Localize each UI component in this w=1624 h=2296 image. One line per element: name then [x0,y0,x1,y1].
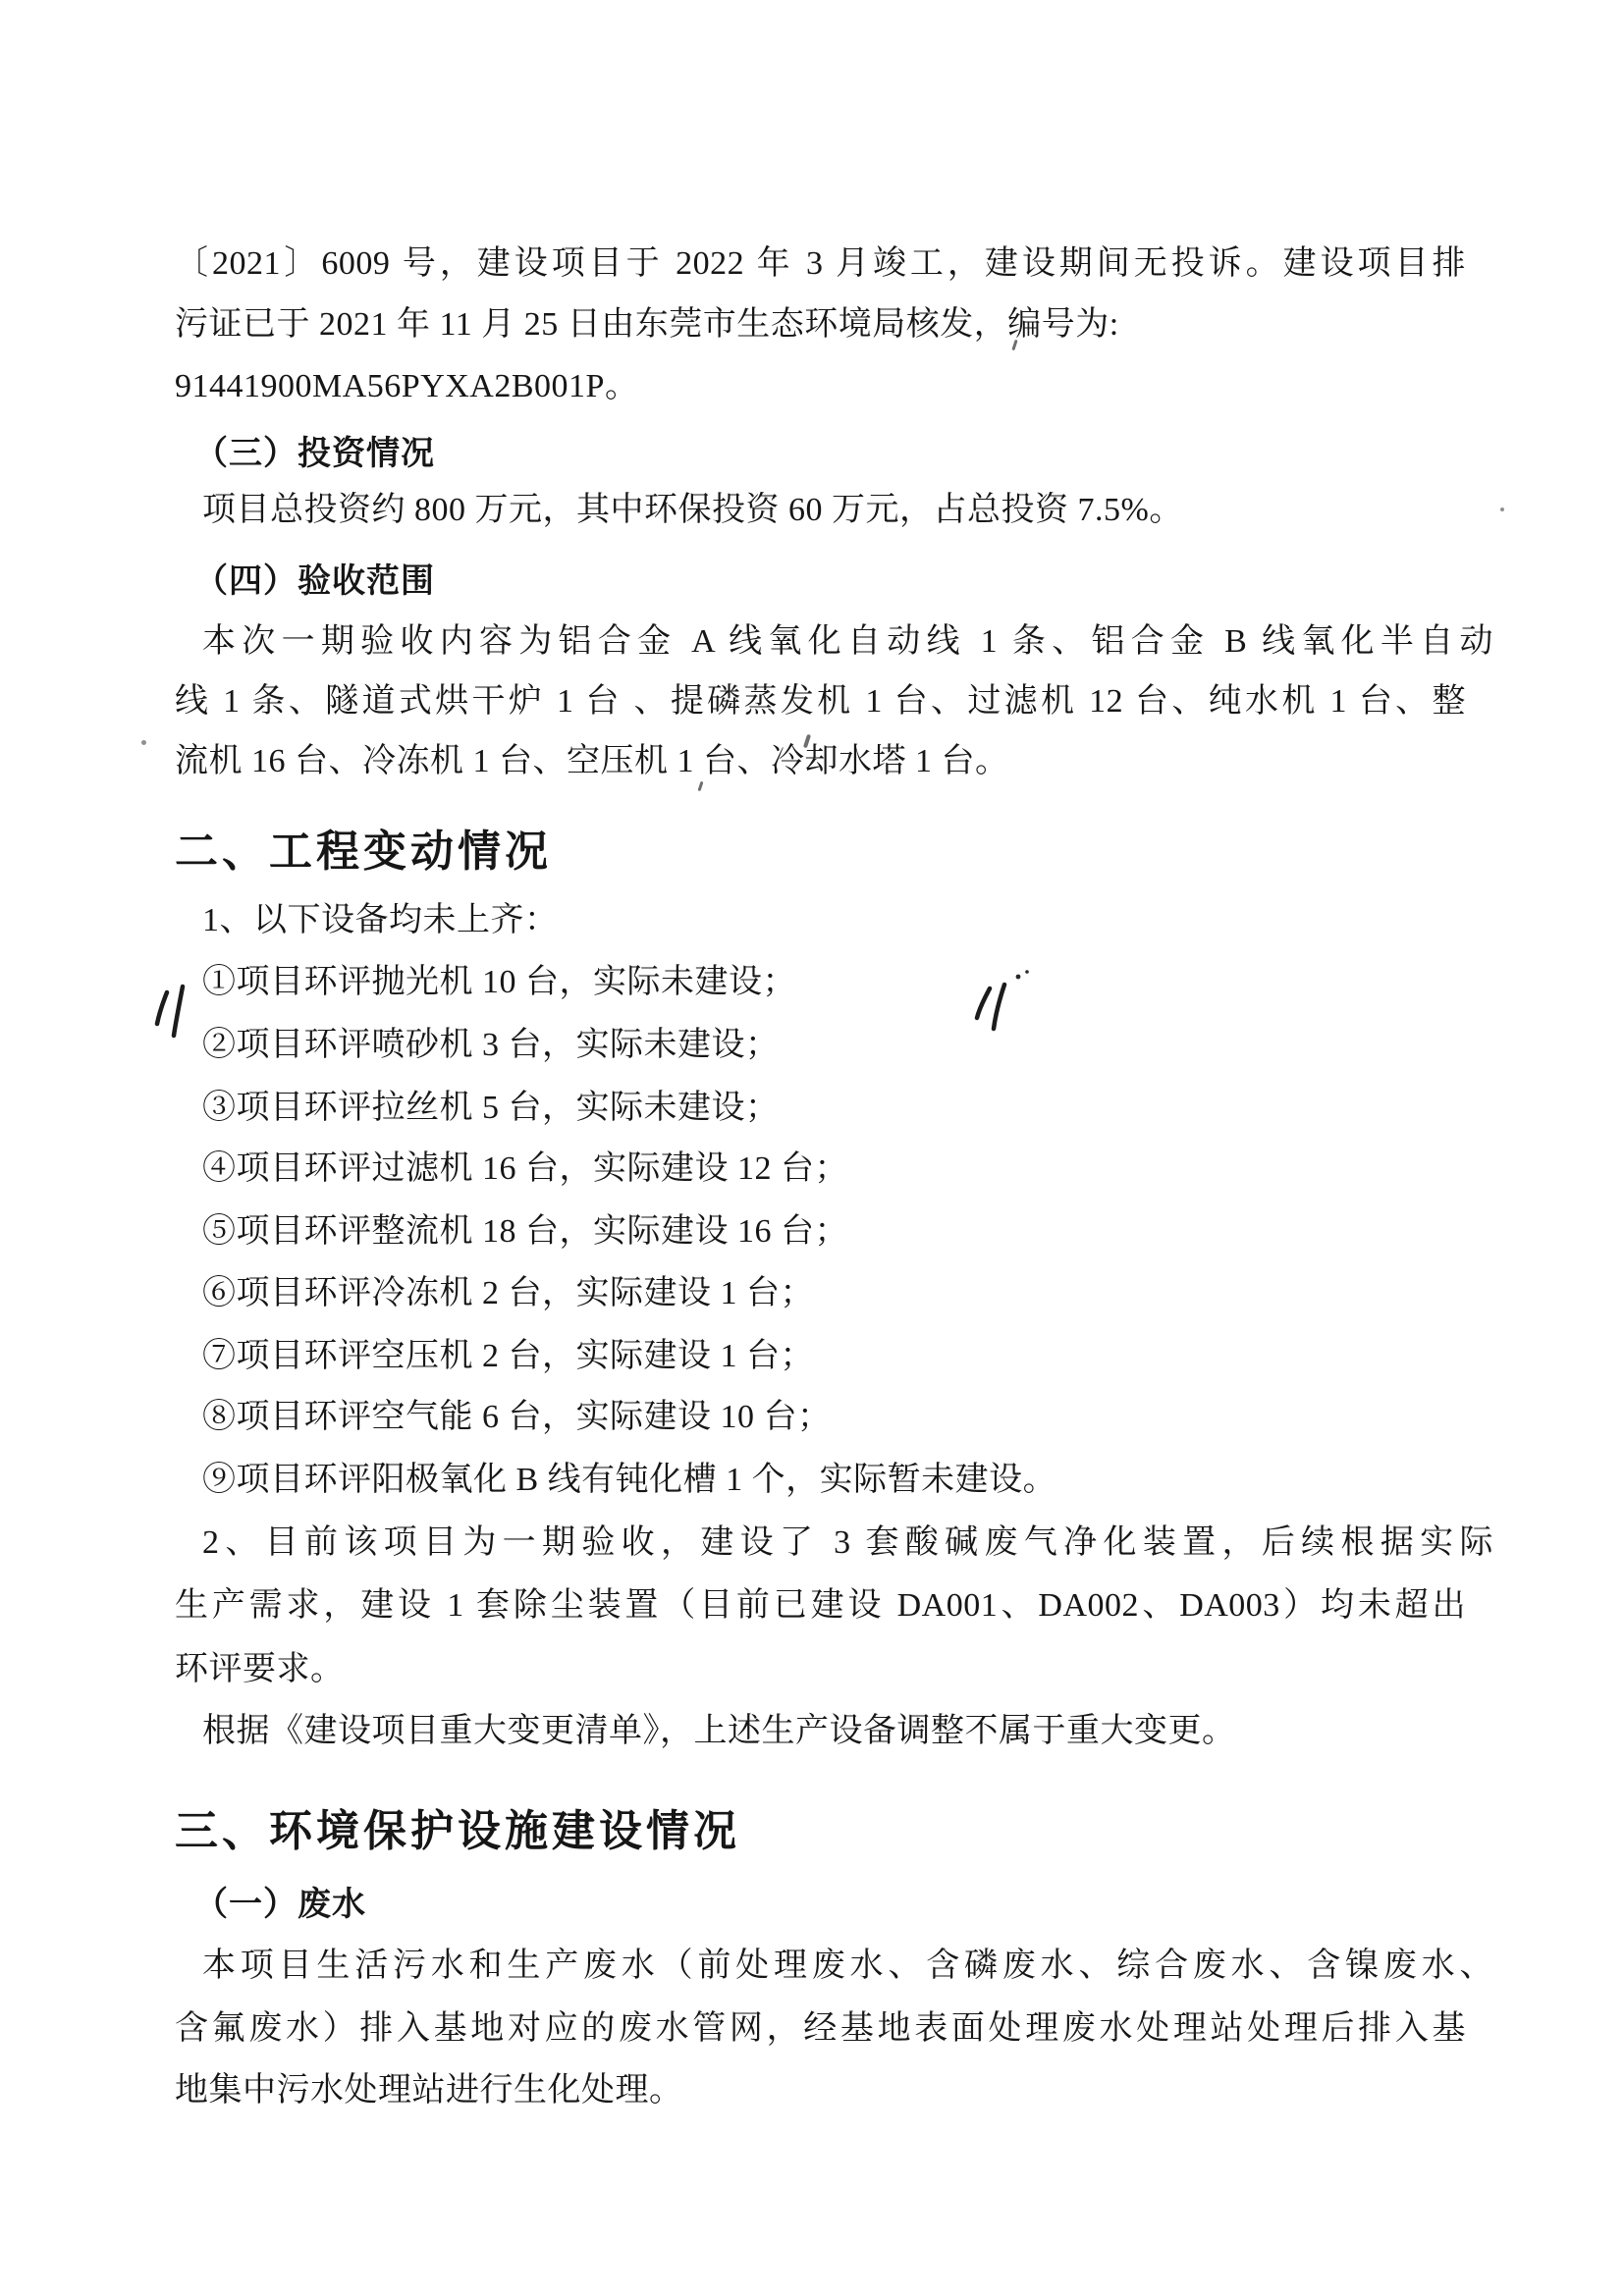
device-change-item: ⑦项目环评空压机 2 台，实际建设 1 台； [175,1334,1493,1379]
section-scope-line: 流机 16 台、冷冻机 1 台、空压机 1 台、冷却水塔 1 台。 [175,739,1466,784]
document-page: 〔2021〕6009 号，建设项目于 2022 年 3 月竣工，建设期间无投诉。… [0,0,1624,2296]
permit-number-line: 91441900MA56PYXA2B001P。 [175,364,1466,409]
chapter3-heading: 三、环境保护设施建设情况 [175,1809,1466,1854]
chapter2-item2-line: 2、目前该项目为一期验收，建设了 3 套酸碱废气净化装置，后续根据实际 [175,1521,1493,1566]
chapter2-item2-line: 生产需求，建设 1 套除尘装置（目前已建设 DA001、DA002、DA003）… [175,1583,1466,1629]
scan-speck [1500,507,1504,511]
chapter3-sub1-heading: （一）废水 [175,1883,1486,1928]
chapter2-heading: 二、工程变动情况 [175,829,1466,875]
device-change-item: ①项目环评抛光机 10 台，实际未建设； [175,960,1493,1005]
device-change-item: ⑨项目环评阳极氧化 B 线有钝化槽 1 个，实际暂未建设。 [175,1458,1493,1503]
section-scope-line: 线 1 条、隧道式烘干炉 1 台 、提磷蒸发机 1 台、过滤机 12 台、纯水机… [175,679,1466,724]
chapter2-item2-line: 环评要求。 [175,1647,1466,1692]
pen-mark-right [967,967,1041,1036]
device-change-item: ④项目环评过滤机 16 台，实际建设 12 台； [175,1147,1493,1192]
intro-line: 〔2021〕6009 号，建设项目于 2022 年 3 月竣工，建设期间无投诉。… [175,241,1466,287]
device-change-item: ②项目环评喷砂机 3 台，实际未建设； [175,1023,1493,1068]
section-scope-line: 本次一期验收内容为铝合金 A 线氧化自动线 1 条、铝合金 B 线氧化半自动 [175,619,1493,665]
wastewater-line: 本项目生活污水和生产废水（前处理废水、含磷废水、综合废水、含镍废水、 [175,1944,1493,1989]
device-change-item: ⑧项目环评空气能 6 台，实际建设 10 台； [175,1395,1493,1440]
device-change-item: ⑤项目环评整流机 18 台，实际建设 16 台； [175,1209,1493,1255]
scan-speck [141,740,146,745]
chapter2-conclusion: 根据《建设项目重大变更清单》，上述生产设备调整不属于重大变更。 [175,1709,1493,1754]
section-investment-body: 项目总投资约 800 万元，其中环保投资 60 万元，占总投资 7.5%。 [175,488,1493,533]
intro-line: 污证已于 2021 年 11 月 25 日由东莞市生态环境局核发，编号为: [175,302,1466,347]
pen-mark-left [147,977,201,1045]
wastewater-line: 含氟废水）排入基地对应的废水管网，经基地表面处理废水处理站处理后排入基 [175,2006,1466,2052]
device-change-item: ③项目环评拉丝机 5 台，实际未建设； [175,1086,1493,1131]
section-scope-heading: （四）验收范围 [175,560,1486,605]
device-change-item: ⑥项目环评冷冻机 2 台，实际建设 1 台； [175,1271,1493,1316]
chapter2-item1-intro: 1、以下设备均未上齐： [175,898,1493,943]
wastewater-line: 地集中污水处理站进行生化处理。 [175,2068,1466,2113]
section-investment-heading: （三）投资情况 [175,432,1486,477]
